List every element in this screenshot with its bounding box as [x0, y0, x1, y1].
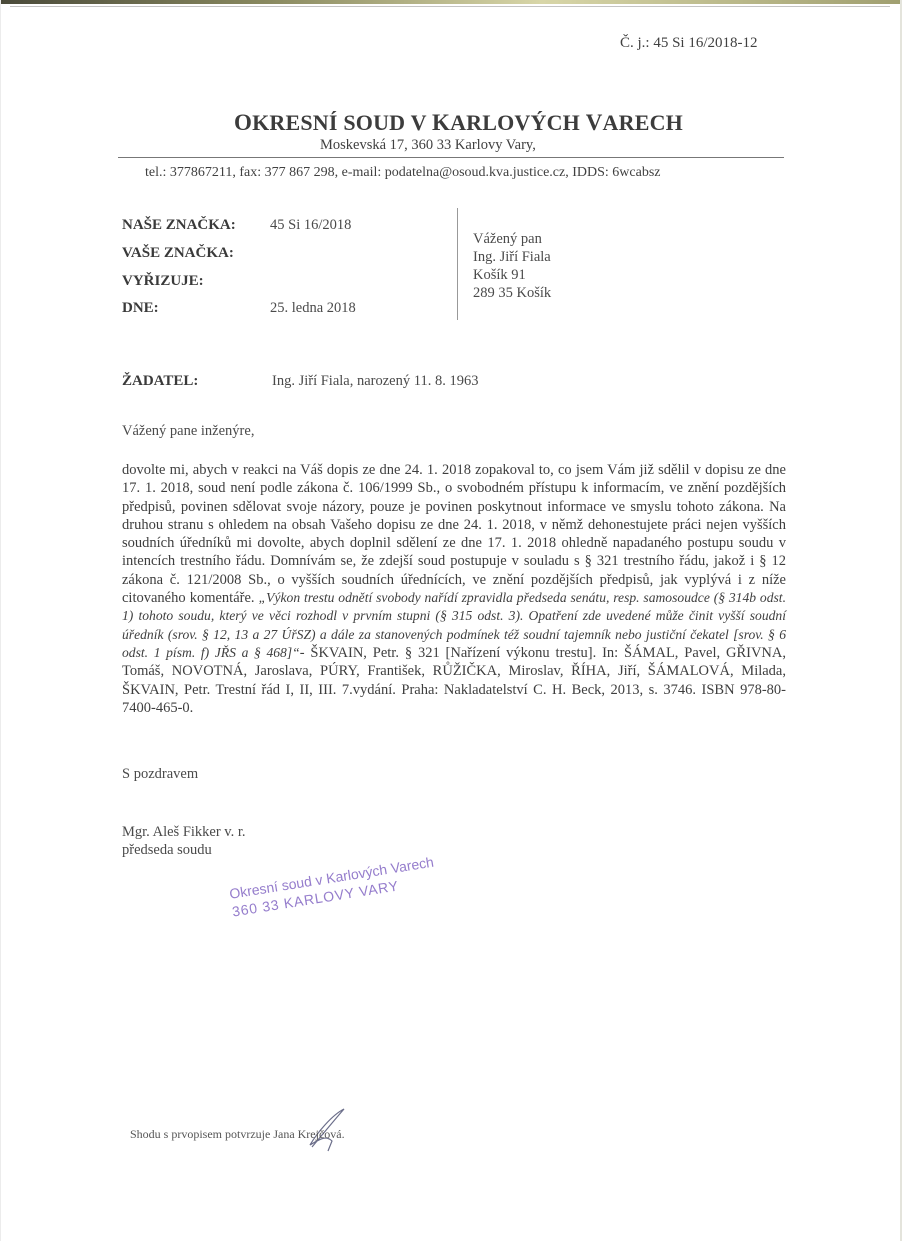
scan-line	[10, 6, 890, 7]
court-stamp: Okresní soud v Karlových Varech 360 33 K…	[228, 853, 438, 921]
court-address: Moskevská 17, 360 33 Karlovy Vary,	[320, 137, 536, 154]
handled-by-label: VYŘIZUJE:	[122, 273, 204, 290]
your-reference-label: VAŠE ZNAČKA:	[122, 245, 234, 262]
scan-edge-top	[0, 0, 902, 4]
body-intro: dovolte mi, abych v reakci na Váš dopis …	[122, 462, 786, 606]
reference-number: Č. j.: 45 Si 16/2018-12	[620, 35, 758, 52]
court-title-part: O	[234, 110, 252, 135]
date-value: 25. ledna 2018	[270, 300, 356, 317]
signer-title: předseda soudu	[122, 841, 246, 859]
letter-body: dovolte mi, abych v reakci na Váš dopis …	[122, 461, 786, 717]
recipient-address: Vážený pan Ing. Jiří Fiala Košík 91 289 …	[473, 230, 551, 302]
court-title-part: ARECH	[603, 110, 683, 135]
applicant-value: Ing. Jiří Fiala, narozený 11. 8. 1963	[272, 373, 478, 390]
court-name-heading: OKRESNÍ SOUD V KARLOVÝCH VARECH	[234, 110, 683, 136]
our-reference-label: NAŠE ZNAČKA:	[122, 217, 236, 234]
salutation: Vážený pane inženýre,	[122, 423, 254, 440]
applicant-label: ŽADATEL:	[122, 373, 198, 390]
court-title-part: ARLOVÝCH	[450, 110, 586, 135]
recipient-line: Vážený pan	[473, 230, 551, 248]
certification-text: Shodu s prvopisem potvrzuje Jana Krejčov…	[130, 1127, 345, 1142]
court-title-part: K	[432, 110, 450, 135]
our-reference-value: 45 Si 16/2018	[270, 217, 351, 234]
signer-name: Mgr. Aleš Fikker v. r.	[122, 823, 246, 841]
closing: S pozdravem	[122, 766, 198, 783]
recipient-line: 289 35 Košík	[473, 284, 551, 302]
court-title-part: KRESNÍ SOUD V	[252, 110, 432, 135]
recipient-line: Ing. Jiří Fiala	[473, 248, 551, 266]
recipient-line: Košík 91	[473, 266, 551, 284]
court-contact: tel.: 377867211, fax: 377 867 298, e-mai…	[145, 165, 660, 181]
date-label: DNE:	[122, 300, 159, 317]
scan-edge-left	[0, 0, 1, 1241]
address-separator	[457, 208, 458, 320]
header-divider	[118, 157, 784, 158]
signer-block: Mgr. Aleš Fikker v. r. předseda soudu	[122, 823, 246, 859]
court-title-part: V	[586, 110, 603, 135]
